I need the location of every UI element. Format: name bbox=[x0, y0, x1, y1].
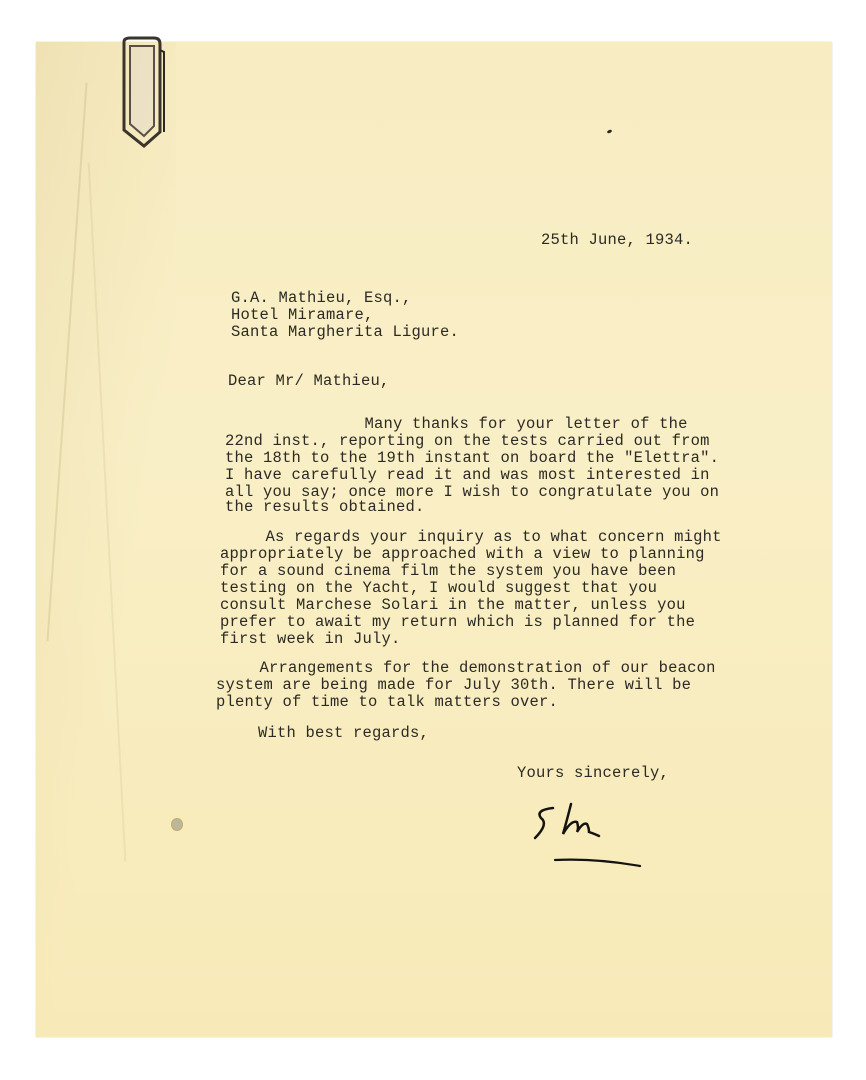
paragraph-line: first week in July. bbox=[220, 631, 401, 648]
paragraph-line: prefer to await my return which is plann… bbox=[220, 614, 695, 631]
paper-stain bbox=[171, 818, 183, 831]
paragraph-line: appropriately be approached with a view … bbox=[220, 546, 705, 563]
paragraph-line: testing on the Yacht, I would suggest th… bbox=[220, 580, 657, 597]
handwritten-signature bbox=[525, 800, 655, 880]
paragraph-line: Many thanks for your letter of the bbox=[222, 416, 688, 433]
recipient-line-1: G.A. Mathieu, Esq., bbox=[231, 290, 412, 307]
closing-regards: With best regards, bbox=[258, 725, 429, 742]
recipient-line-3: Santa Margherita Ligure. bbox=[231, 324, 459, 341]
valediction: Yours sincerely, bbox=[517, 765, 669, 782]
paragraph-line: consult Marchese Solari in the matter, u… bbox=[220, 597, 686, 614]
paragraph-line: the results obtained. bbox=[225, 499, 425, 516]
paper-clip-icon bbox=[118, 36, 168, 148]
letter-date: 25th June, 1934. bbox=[541, 232, 693, 249]
paragraph-line: plenty of time to talk matters over. bbox=[216, 694, 558, 711]
paragraph-line: the 18th to the 19th instant on board th… bbox=[225, 450, 719, 467]
paper-crease bbox=[46, 83, 87, 642]
paragraph-line: for a sound cinema film the system you h… bbox=[220, 563, 676, 580]
paragraph-line: I have carefully read it and was most in… bbox=[225, 467, 710, 484]
paragraph-line: 22nd inst., reporting on the tests carri… bbox=[225, 433, 710, 450]
recipient-line-2: Hotel Miramare, bbox=[231, 307, 374, 324]
paragraph-line: Arrangements for the demonstration of ou… bbox=[212, 660, 716, 677]
paragraph-line: As regards your inquiry as to what conce… bbox=[218, 529, 722, 546]
paper-crease bbox=[88, 162, 127, 861]
salutation: Dear Mr/ Mathieu, bbox=[228, 373, 390, 390]
paragraph-line: system are being made for July 30th. The… bbox=[216, 677, 691, 694]
